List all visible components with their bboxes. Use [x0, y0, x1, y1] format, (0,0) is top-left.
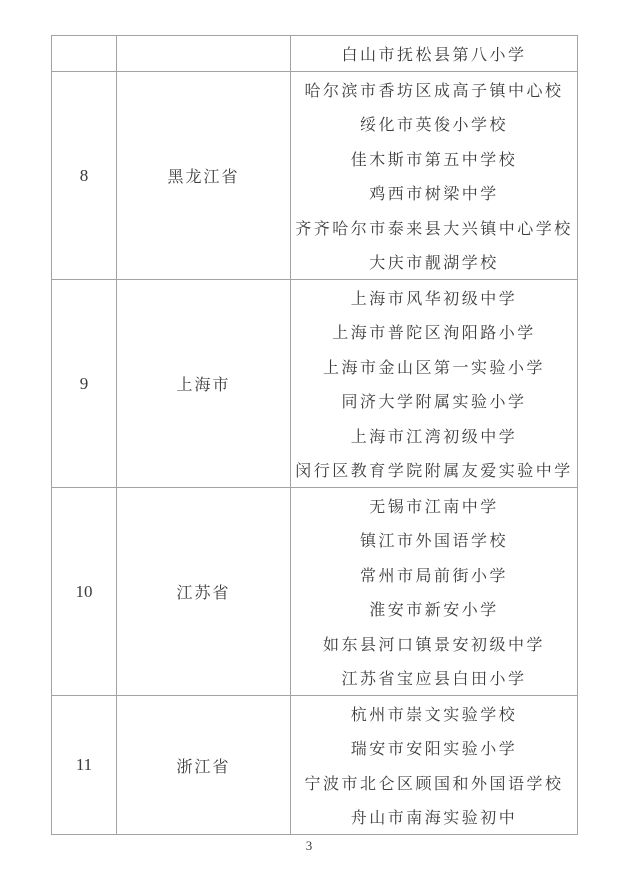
schools-cell: 无锡市江南中学镇江市外国语学校常州市局前街小学淮安市新安小学如东县河口镇景安初级…	[291, 488, 578, 696]
school-name: 上海市江湾初级中学	[291, 418, 577, 453]
table-row: 9上海市上海市风华初级中学上海市普陀区洵阳路小学上海市金山区第一实验小学同济大学…	[52, 280, 578, 488]
school-name: 淮安市新安小学	[291, 592, 577, 627]
school-name: 宁波市北仑区顾国和外国语学校	[291, 765, 577, 800]
schools-cell: 上海市风华初级中学上海市普陀区洵阳路小学上海市金山区第一实验小学同济大学附属实验…	[291, 280, 578, 488]
school-table: 白山市抚松县第八小学8黑龙江省哈尔滨市香坊区成高子镇中心校绥化市英俊小学校佳木斯…	[51, 35, 578, 835]
school-name: 上海市普陀区洵阳路小学	[291, 315, 577, 350]
school-name: 常州市局前街小学	[291, 557, 577, 592]
school-name: 上海市风华初级中学	[291, 280, 577, 315]
school-name: 同济大学附属实验小学	[291, 384, 577, 419]
table-row: 8黑龙江省哈尔滨市香坊区成高子镇中心校绥化市英俊小学校佳木斯市第五中学校鸡西市树…	[52, 72, 578, 280]
province-cell: 江苏省	[117, 488, 291, 696]
school-name: 如东县河口镇景安初级中学	[291, 626, 577, 661]
table-row: 白山市抚松县第八小学	[52, 36, 578, 72]
school-name: 绥化市英俊小学校	[291, 107, 577, 142]
school-name: 大庆市靓湖学校	[291, 245, 577, 280]
school-name: 佳木斯市第五中学校	[291, 141, 577, 176]
row-index-cell: 10	[52, 488, 117, 696]
province-cell	[117, 36, 291, 72]
table-body: 白山市抚松县第八小学8黑龙江省哈尔滨市香坊区成高子镇中心校绥化市英俊小学校佳木斯…	[52, 36, 578, 835]
schools-cell: 杭州市崇文实验学校瑞安市安阳实验小学宁波市北仑区顾国和外国语学校舟山市南海实验初…	[291, 696, 578, 835]
row-index-cell	[52, 36, 117, 72]
school-name: 闵行区教育学院附属友爱实验中学	[291, 453, 577, 488]
school-name: 哈尔滨市香坊区成高子镇中心校	[291, 72, 577, 107]
school-name: 白山市抚松县第八小学	[291, 36, 577, 71]
province-cell: 浙江省	[117, 696, 291, 835]
school-name: 齐齐哈尔市泰来县大兴镇中心学校	[291, 210, 577, 245]
school-name: 无锡市江南中学	[291, 488, 577, 523]
school-name: 瑞安市安阳实验小学	[291, 731, 577, 766]
table-row: 10江苏省无锡市江南中学镇江市外国语学校常州市局前街小学淮安市新安小学如东县河口…	[52, 488, 578, 696]
province-cell: 黑龙江省	[117, 72, 291, 280]
page-number: 3	[0, 838, 618, 854]
schools-cell: 哈尔滨市香坊区成高子镇中心校绥化市英俊小学校佳木斯市第五中学校鸡西市树梁中学齐齐…	[291, 72, 578, 280]
school-name: 鸡西市树梁中学	[291, 176, 577, 211]
school-name: 杭州市崇文实验学校	[291, 696, 577, 731]
school-name: 镇江市外国语学校	[291, 523, 577, 558]
schools-cell: 白山市抚松县第八小学	[291, 36, 578, 72]
row-index-cell: 11	[52, 696, 117, 835]
school-name: 江苏省宝应县白田小学	[291, 661, 577, 696]
row-index-cell: 8	[52, 72, 117, 280]
school-name: 上海市金山区第一实验小学	[291, 349, 577, 384]
province-cell: 上海市	[117, 280, 291, 488]
row-index-cell: 9	[52, 280, 117, 488]
school-name: 舟山市南海实验初中	[291, 800, 577, 835]
document-page: 白山市抚松县第八小学8黑龙江省哈尔滨市香坊区成高子镇中心校绥化市英俊小学校佳木斯…	[0, 0, 618, 879]
table-row: 11浙江省杭州市崇文实验学校瑞安市安阳实验小学宁波市北仑区顾国和外国语学校舟山市…	[52, 696, 578, 835]
